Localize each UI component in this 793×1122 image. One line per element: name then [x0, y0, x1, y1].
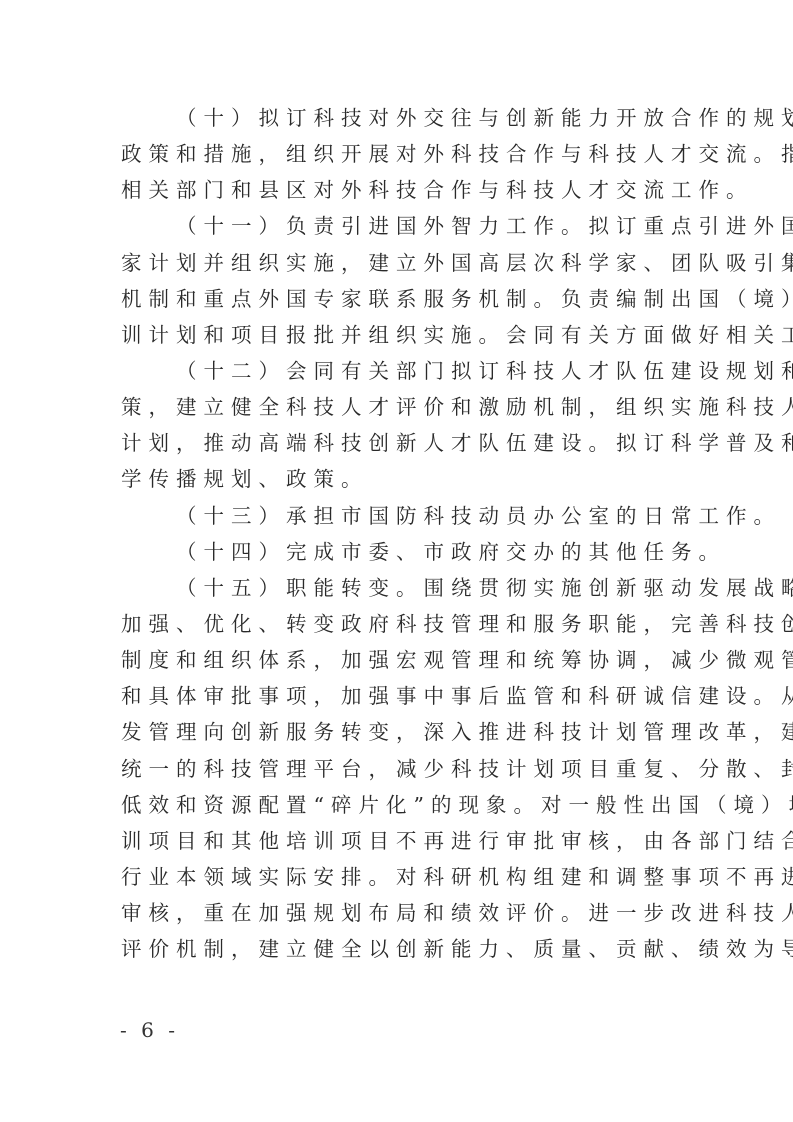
- paragraph-item-15-line: （十五）职能转变。围绕贯彻实施创新驱动发展战略，: [121, 570, 677, 606]
- paragraph-item-12-line: 学传播规划、政策。: [121, 461, 677, 497]
- paragraph-item-11-line: 训计划和项目报批并组织实施。会同有关方面做好相关工作。: [121, 317, 677, 353]
- paragraph-item-12-line: 策，建立健全科技人才评价和激励机制，组织实施科技人才: [121, 389, 677, 425]
- paragraph-item-12-line: （十二）会同有关部门拟订科技人才队伍建设规划和政: [121, 353, 677, 389]
- paragraph-item-10-line: （十）拟订科技对外交往与创新能力开放合作的规划、: [121, 100, 677, 136]
- paragraph-item-15-line: 评价机制，建立健全以创新能力、质量、贡献、绩效为导向: [121, 931, 677, 967]
- paragraph-item-15-line: 统一的科技管理平台，减少科技计划项目重复、分散、封闭、: [121, 751, 677, 787]
- paragraph-item-15-line: 制度和组织体系，加强宏观管理和统筹协调，减少微观管理: [121, 642, 677, 678]
- paragraph-item-15-line: 发管理向创新服务转变，深入推进科技计划管理改革，建立: [121, 714, 677, 750]
- paragraph-item-15-line: 加强、优化、转变政府科技管理和服务职能，完善科技创新: [121, 606, 677, 642]
- paragraph-item-15-line: 行业本领域实际安排。对科研机构组建和调整事项不再进行: [121, 859, 677, 895]
- document-page: （十）拟订科技对外交往与创新能力开放合作的规划、 政策和措施，组织开展对外科技合…: [0, 0, 793, 1122]
- paragraph-item-12-line: 计划，推动高端科技创新人才队伍建设。拟订科学普及和科: [121, 425, 677, 461]
- document-body: （十）拟订科技对外交往与创新能力开放合作的规划、 政策和措施，组织开展对外科技合…: [121, 100, 677, 967]
- paragraph-item-15-line: 训项目和其他培训项目不再进行审批审核，由各部门结合本: [121, 823, 677, 859]
- paragraph-item-11-line: 机制和重点外国专家联系服务机制。负责编制出国（境）培: [121, 281, 677, 317]
- paragraph-item-13-line: （十三）承担市国防科技动员办公室的日常工作。: [121, 498, 677, 534]
- paragraph-item-15-line: 审核，重在加强规划布局和绩效评价。进一步改进科技人才: [121, 895, 677, 931]
- paragraph-item-15-line: 和具体审批事项，加强事中事后监管和科研诚信建设。从研: [121, 678, 677, 714]
- paragraph-item-10-line: 政策和措施，组织开展对外科技合作与科技人才交流。指导: [121, 136, 677, 172]
- paragraph-item-11-line: （十一）负责引进国外智力工作。拟订重点引进外国专: [121, 208, 677, 244]
- paragraph-item-10-line: 相关部门和县区对外科技合作与科技人才交流工作。: [121, 172, 677, 208]
- page-number: - 6 -: [120, 1018, 179, 1042]
- paragraph-item-14-line: （十四）完成市委、市政府交办的其他任务。: [121, 534, 677, 570]
- paragraph-item-15-line: 低效和资源配置“碎片化”的现象。对一般性出国（境）培: [121, 787, 677, 823]
- paragraph-item-11-line: 家计划并组织实施，建立外国高层次科学家、团队吸引集聚: [121, 245, 677, 281]
